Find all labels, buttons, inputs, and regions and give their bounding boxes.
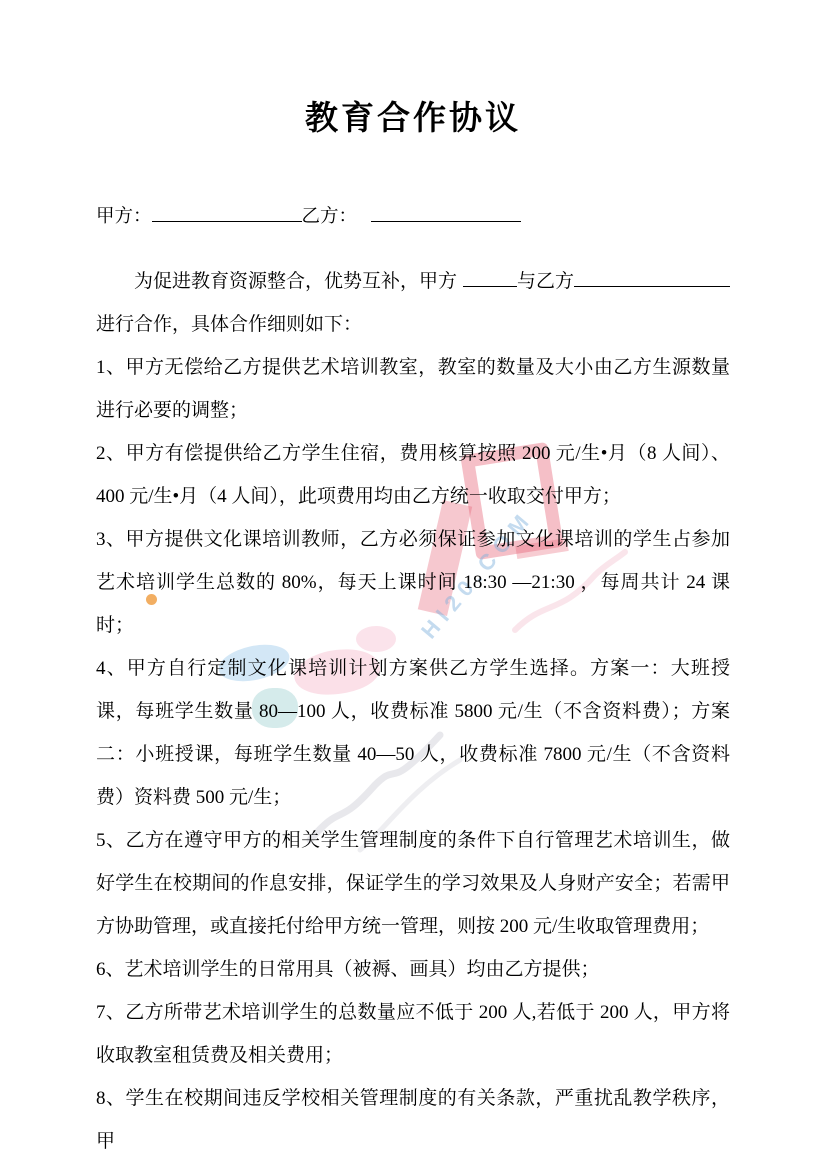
clause-6: 6、艺术培训学生的日常用具（被褥、画具）均由乙方提供； — [96, 948, 730, 991]
party-a-blank-line — [152, 197, 302, 222]
clause-4: 4、甲方自行定制文化课培训计划方案供乙方学生选择。方案一：大班授课，每班学生数量… — [96, 647, 730, 819]
clause-7: 7、乙方所带艺术培训学生的总数量应不低于 200 人,若低于 200 人，甲方将… — [96, 991, 730, 1077]
clause-2: 2、甲方有偿提供给乙方学生住宿，费用核算按照 200 元/生•月（8 人间）、4… — [96, 432, 730, 518]
party-b-label: 乙方： — [302, 203, 358, 231]
party-a-label: 甲方： — [96, 203, 152, 231]
party-b-blank-line — [371, 197, 521, 222]
party-a-inline-blank — [463, 258, 517, 287]
intro-tail-text: 进行合作，具体合作细则如下： — [96, 303, 730, 346]
clause-5: 5、乙方在遵守甲方的相关学生管理制度的条件下自行管理艺术培训生，做好学生在校期间… — [96, 819, 730, 948]
document-title: 教育合作协议 — [96, 0, 730, 139]
clause-1: 1、甲方无偿给乙方提供艺术培训教室，教室的数量及大小由乙方生源数量进行必要的调整… — [96, 346, 730, 432]
intro-lead-text: 为促进教育资源整合，优势互补，甲方 — [96, 260, 457, 303]
clause-3: 3、甲方提供文化课培训教师，乙方必须保证参加文化课培训的学生占参加艺术培训学生总… — [96, 518, 730, 647]
document-page: HI20.COM 教育合作协议 甲方：乙方： 为促进教育资源整合，优势互补，甲方… — [0, 0, 827, 1169]
party-line: 甲方：乙方： — [96, 197, 730, 231]
party-b-inline-blank — [574, 258, 730, 287]
intro-mid-text: 与乙方 — [517, 260, 574, 303]
clause-8: 8、学生在校期间违反学校相关管理制度的有关条款，严重扰乱教学秩序，甲 — [96, 1077, 730, 1163]
intro-paragraph: 为促进教育资源整合，优势互补，甲方与乙方 进行合作，具体合作细则如下： — [96, 258, 730, 346]
